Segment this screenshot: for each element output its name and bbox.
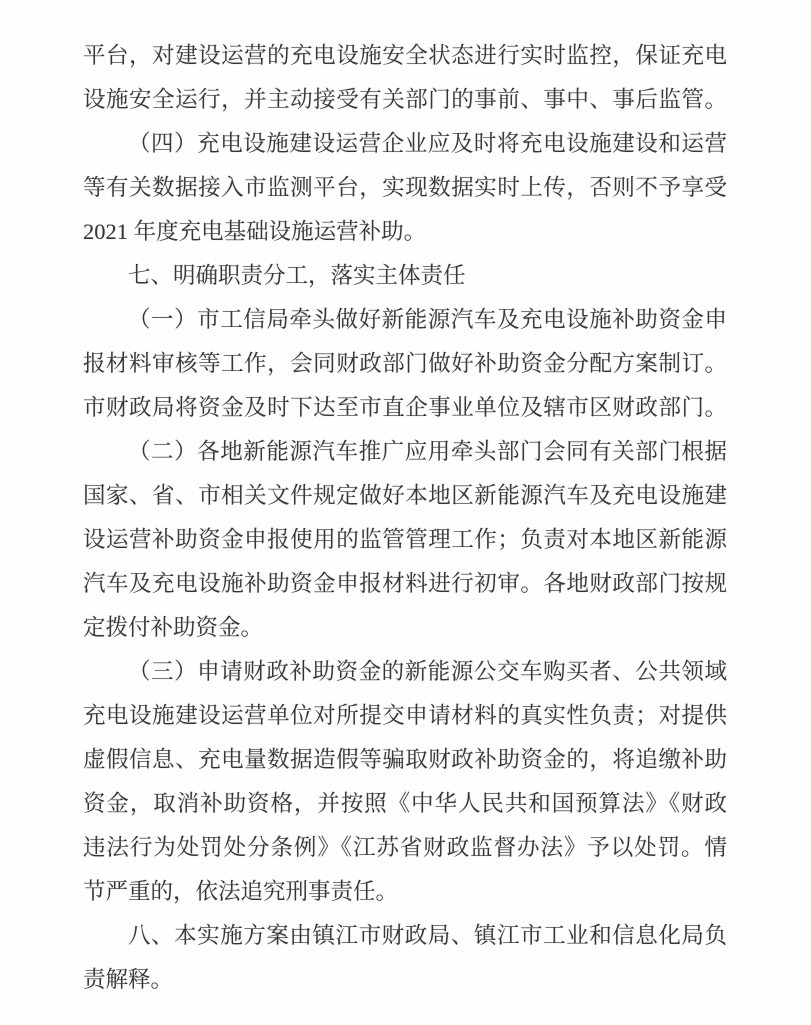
text-line: 违法行为处罚处分条例》《江苏省财政监督办法》予以处罚。情 (83, 826, 727, 870)
text-line-paragraph-start: 八、本实施方案由镇江市财政局、镇江市工业和信息化局负 (83, 914, 727, 958)
text-line: 平台，对建设运营的充电设施安全状态进行实时监控，保证充电 (83, 34, 727, 78)
text-line: 报材料审核等工作，会同财政部门做好补助资金分配方案制订。 (83, 342, 727, 386)
text-line: 2021 年度充电基础设施运营补助。 (83, 210, 727, 254)
text-line: 节严重的，依法追究刑事责任。 (83, 870, 727, 914)
section-heading: 七、明确职责分工，落实主体责任 (83, 254, 727, 298)
text-line-paragraph-start: （四）充电设施建设运营企业应及时将充电设施建设和运营 (83, 122, 727, 166)
text-line: 资金，取消补助资格，并按照《中华人民共和国预算法》《财政 (83, 782, 727, 826)
text-line: 等有关数据接入市监测平台，实现数据实时上传，否则不予享受 (83, 166, 727, 210)
text-line-paragraph-start: （一）市工信局牵头做好新能源汽车及充电设施补助资金申 (83, 298, 727, 342)
text-line: 充电设施建设运营单位对所提交申请材料的真实性负责；对提供 (83, 694, 727, 738)
text-line: 汽车及充电设施补助资金申报材料进行初审。各地财政部门按规 (83, 562, 727, 606)
text-line: 设施安全运行，并主动接受有关部门的事前、事中、事后监管。 (83, 78, 727, 122)
text-line-paragraph-start: （三）申请财政补助资金的新能源公交车购买者、公共领域 (83, 650, 727, 694)
text-line: 设运营补助资金申报使用的监管管理工作；负责对本地区新能源 (83, 518, 727, 562)
text-line: 国家、省、市相关文件规定做好本地区新能源汽车及充电设施建 (83, 474, 727, 518)
text-line-paragraph-start: （二）各地新能源汽车推广应用牵头部门会同有关部门根据 (83, 430, 727, 474)
text-line: 虚假信息、充电量数据造假等骗取财政补助资金的，将追缴补助 (83, 738, 727, 782)
document-page: 平台，对建设运营的充电设施安全状态进行实时监控，保证充电 设施安全运行，并主动接… (0, 0, 811, 1025)
text-line: 市财政局将资金及时下达至市直企事业单位及辖市区财政部门。 (83, 386, 727, 430)
text-line: 责解释。 (83, 958, 727, 1002)
text-line: 定拨付补助资金。 (83, 606, 727, 650)
